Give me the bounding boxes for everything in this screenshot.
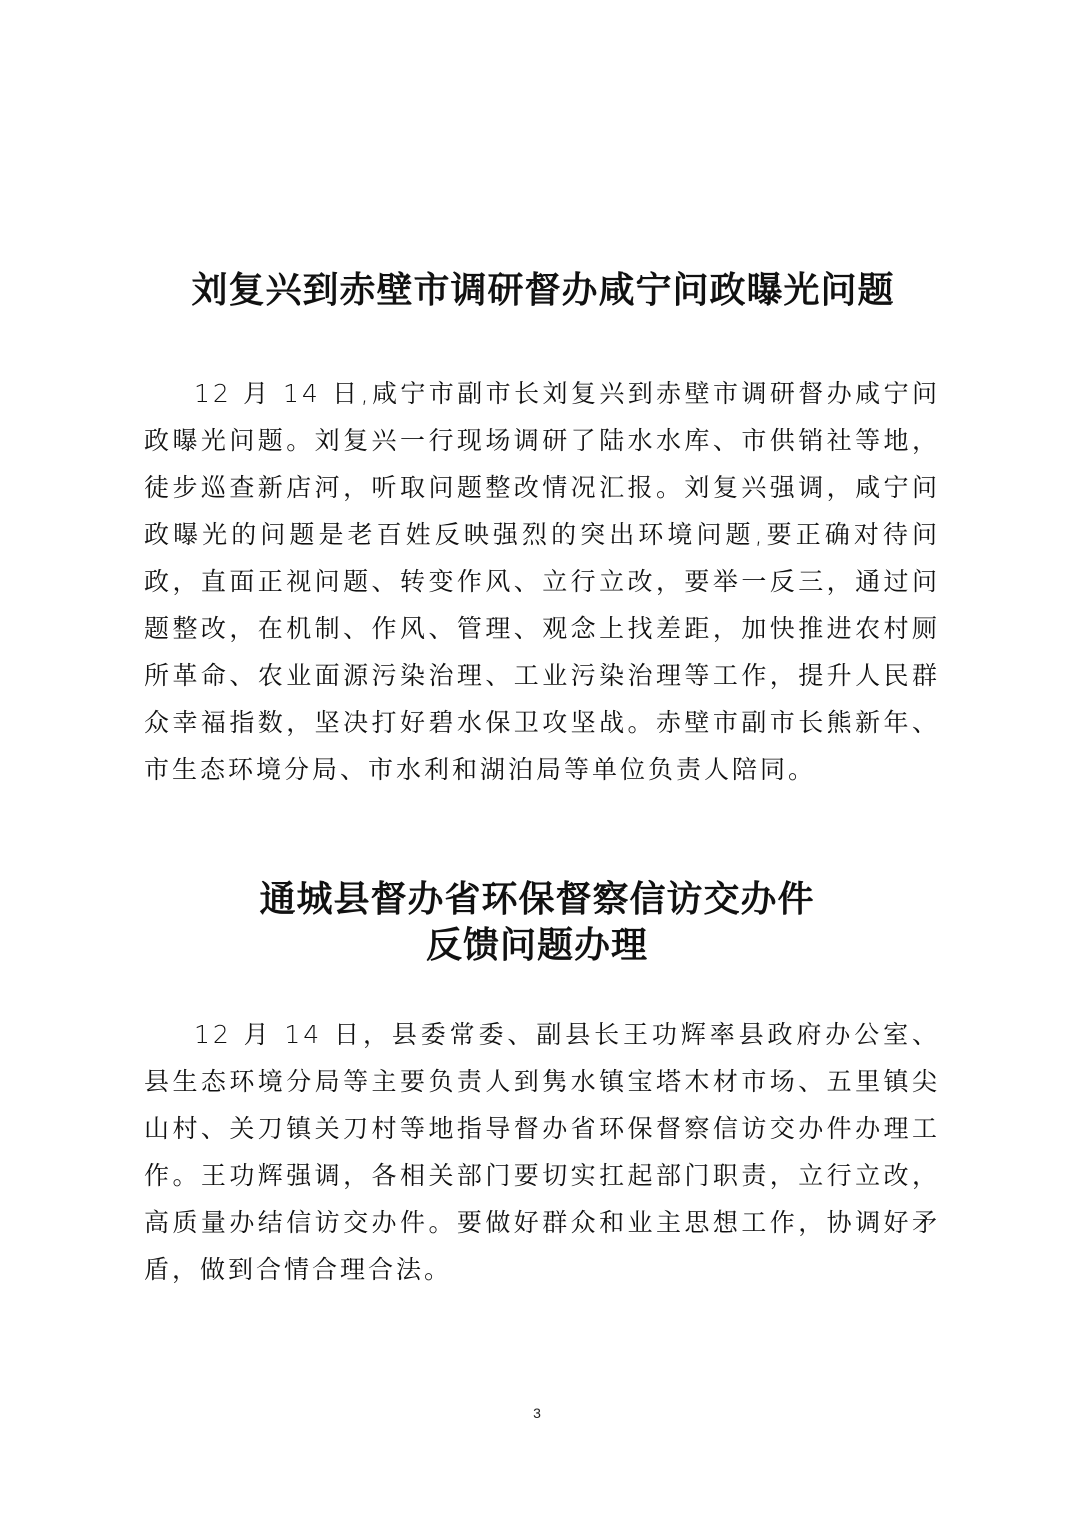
article-title-2-line-2: 反馈问题办理 [0, 922, 1074, 968]
page-number: 3 [0, 1405, 1074, 1421]
article-title-2-line-1: 通城县督办省环保督察信访交办件 [0, 876, 1074, 922]
document-page: 刘复兴到赤壁市调研督办咸宁问政曝光问题 12 月 14 日,咸宁市副市长刘复兴到… [0, 0, 1074, 1520]
article-title-1: 刘复兴到赤壁市调研督办咸宁问政曝光问题 [6, 267, 1074, 313]
article-title-2: 通城县督办省环保督察信访交办件 反馈问题办理 [0, 876, 1074, 968]
article-body-2: 12 月 14 日，县委常委、副县长王功辉率县政府办公室、县生态环境分局等主要负… [144, 1011, 940, 1293]
article-body-1: 12 月 14 日,咸宁市副市长刘复兴到赤壁市调研督办咸宁问政曝光问题。刘复兴一… [144, 370, 940, 793]
